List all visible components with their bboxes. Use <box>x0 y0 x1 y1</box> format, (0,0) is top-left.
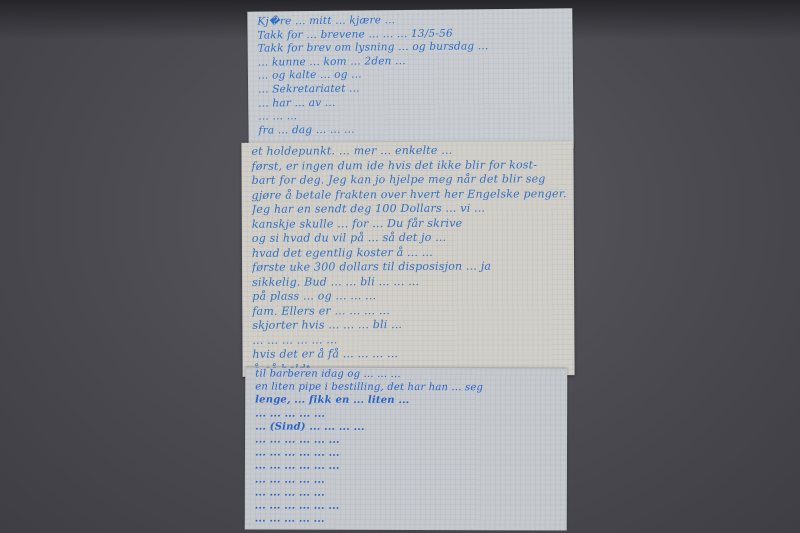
handwriting-line: hvis det er å få ... ... ... ... <box>252 346 566 362</box>
handwriting-block: et holdepunkt. ... mer ... enkelte ... f… <box>251 143 566 377</box>
handwriting-block: Kj�re ... mitt ... kjære ... Takk for ..… <box>257 12 565 151</box>
handwriting-line: kanskje skulle ... for ... Du får skrive <box>252 216 566 232</box>
handwriting-line: ... ... ... ... ... <box>255 513 559 527</box>
handwriting-line: første uke 300 dollars til disposisjon .… <box>252 259 566 275</box>
handwriting-line: sikkelig. Bud ... ... bli ... ... ... <box>252 274 566 290</box>
handwriting-line: og si hvad du vil på ... så det jo ... <box>252 230 566 246</box>
handwriting-line: ... ... ... ... ... <box>255 486 559 500</box>
handwriting-line: ... (Sind) ... ... ... ... <box>255 420 559 434</box>
letter-top-panel: Kj�re ... mitt ... kjære ... Takk for ..… <box>247 8 573 151</box>
handwriting-line: gjøre å betale frakten over hvert her En… <box>252 187 566 203</box>
letter-bottom-panel: til barberen idag og ... ... ... en lite… <box>245 367 568 530</box>
handwriting-line: til barberen idag og ... ... ... <box>255 367 559 381</box>
handwriting-line: et holdepunkt. ... mer ... enkelte ... <box>251 143 565 159</box>
handwriting-line: ... ... ... ... ... ... <box>255 447 559 461</box>
handwriting-line: hvad det egentlig koster å ... ... <box>252 245 566 261</box>
handwriting-line: ... ... ... ... ... <box>255 407 559 421</box>
handwriting-line: ... ... ... ... ... ... <box>255 460 559 474</box>
handwriting-line: en liten pipe i bestilling, det har han … <box>255 381 559 395</box>
handwriting-line: ... ... ... ... ... <box>255 473 559 487</box>
handwriting-line: først, er ingen dum ide hvis det ikke bl… <box>251 158 565 174</box>
handwriting-line: ... ... ... ... ... ... <box>255 500 559 514</box>
handwriting-line: ... ... ... ... ... ... <box>252 332 566 348</box>
handwriting-line: på plass ... og ... ... ... <box>252 288 566 304</box>
handwriting-line: bart for deg. Jeg kan jo hjelpe meg når … <box>252 172 566 188</box>
handwriting-line: ... ... ... ... ... ... <box>255 433 559 447</box>
handwriting-block: til barberen idag og ... ... ... en lite… <box>255 367 560 526</box>
handwriting-line: lenge, ... fikk en ... liten ... <box>255 394 559 408</box>
handwriting-line: skjorter hvis ... ... ... bli ... <box>252 317 566 333</box>
letter-middle-panel: et holdepunkt. ... mer ... enkelte ... f… <box>241 141 574 377</box>
handwriting-line: fam. Ellers er ... ... ... ... <box>252 303 566 319</box>
handwriting-line: Jeg har en sendt deg 100 Dollars ... vi … <box>252 201 566 217</box>
